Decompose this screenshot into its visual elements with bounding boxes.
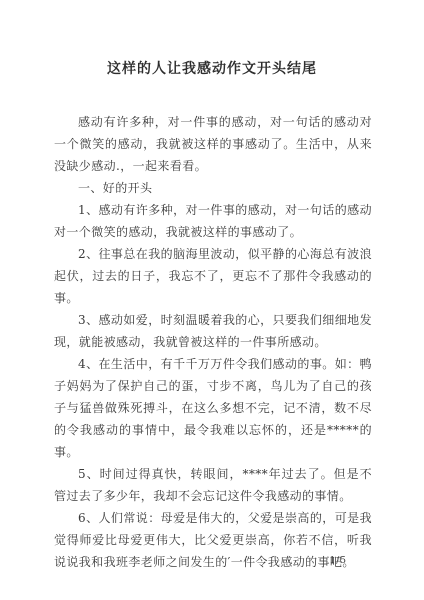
section-heading: 一、好的开头 [54,177,372,199]
document-body: 感动有许多种，对一件事的感动，对一句话的感动对一个微笑的感动，我就被这样的事感动… [54,111,372,573]
list-item-3: 3、感动如爱，时刻温暖着我的心，只要我们细细地发现，就能被感动，我就曾被这样的一… [54,309,372,353]
list-item-6: 6、人们常说：母爱是伟大的，父爱是崇高的，可是我觉得师爱比母爱更伟大，比父爱更崇… [54,507,372,573]
list-item-2: 2、往事总在我的脑海里波动，似平静的心海总有波浪起伏，过去的日子，我忘不了，更忘… [54,243,372,309]
document-page: 这样的人让我感动作文开头结尾 感动有许多种，对一件事的感动，对一句话的感动对一个… [0,0,424,600]
list-item-4: 4、在生活中，有千千万万件令我们感动的事。如：鸭子妈妈为了保护自己的蛋，寸步不离… [54,353,372,463]
intro-paragraph: 感动有许多种，对一件事的感动，对一句话的感动对一个微笑的感动，我就被这样的事感动… [54,111,372,177]
list-item-1: 1、感动有许多种，对一件事的感动，对一句话的感动对一个微笑的感动，我就被这样的事… [54,199,372,243]
document-title: 这样的人让我感动作文开头结尾 [0,0,424,79]
page-number: 1/5 [330,556,347,566]
list-item-5: 5、时间过得真快，转眼间，****年过去了。但是不管过去了多少年，我却不会忘记这… [54,463,372,507]
